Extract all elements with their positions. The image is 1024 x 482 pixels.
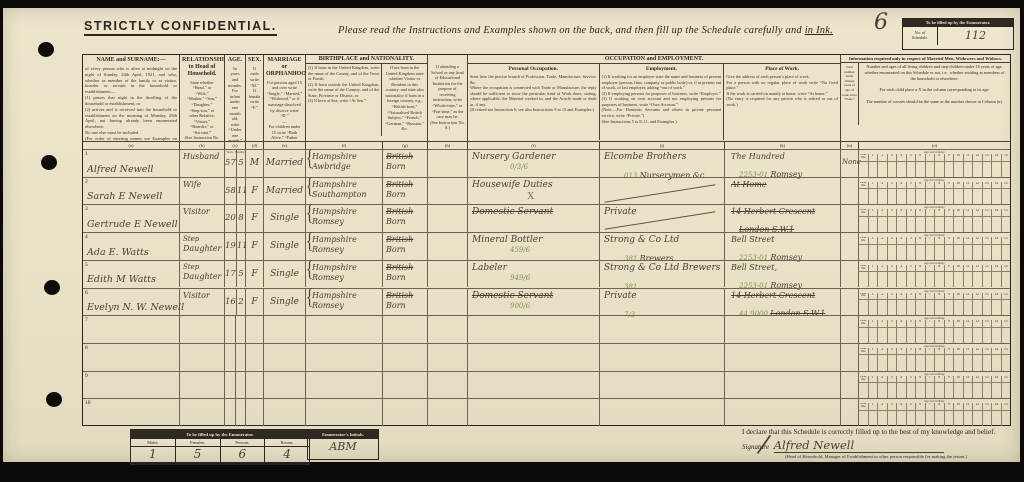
- row-number: 2: [85, 179, 88, 185]
- age-grid-header-cell: 7: [925, 209, 935, 216]
- cell-children-total: None: [841, 150, 859, 177]
- age-grid-cell: [953, 411, 963, 426]
- entry-occupation: Mineral Bottler: [472, 235, 542, 246]
- cell-place-of-work: Bell Street,2253-01 Romsey: [725, 261, 841, 288]
- cell-occupation: Housewife DutiesX: [468, 178, 600, 205]
- age-grid-cell: [868, 162, 878, 177]
- entry-occupation: Domestic Servant: [472, 291, 553, 302]
- age-grid-cell: [953, 189, 963, 204]
- age-grid-cell: [953, 162, 963, 177]
- age-grid-header-cell: 10: [953, 237, 963, 244]
- cell-birthplace: {HampshireRomsey: [306, 233, 383, 260]
- age-grid-header-cell: 9: [944, 265, 954, 272]
- in-ink-underline: in Ink.: [805, 25, 833, 36]
- col-instr-employment: (1) If working for an employer state the…: [602, 74, 722, 124]
- col-instr-relationship: State whether “Head,” or “Wife,” “Mother…: [182, 80, 222, 141]
- enumerator-summary-box: To be filled up by the Enumerator. Males…: [130, 429, 310, 465]
- row-number: 1: [85, 151, 88, 157]
- age-grid-header-cell: 13: [982, 348, 992, 355]
- cell-school: [428, 233, 468, 260]
- age-grid-cell: [963, 245, 973, 260]
- cell-name: 5Edith M Watts: [83, 261, 180, 288]
- age-grid-header-cell: 12: [972, 209, 982, 216]
- cell-nationality: BritishBorn: [383, 205, 428, 232]
- cell-marriage: Single: [264, 205, 306, 232]
- age-grid-header-cell: 6: [915, 320, 925, 327]
- cell-marriage: [264, 316, 306, 343]
- age-grid-header-cell: 4: [896, 237, 906, 244]
- age-grid-header-cell: 1: [868, 154, 878, 161]
- age-grid-header-cell: 8: [934, 182, 944, 189]
- cell-nationality: [383, 316, 428, 343]
- entry-age-months: 5: [237, 150, 245, 177]
- age-grid-header-cell: 6: [915, 209, 925, 216]
- cell-school: [428, 372, 468, 399]
- col-header-place-of-work: Place of Work. Give the address of each …: [724, 64, 840, 140]
- schedule-number-box: To be filled up by the Enumerator. No. o…: [902, 18, 1014, 50]
- age-grid-header-cell: 4: [896, 293, 906, 300]
- cell-children-total: [841, 372, 859, 399]
- age-grid-cell: [859, 300, 868, 315]
- age-grid-cell: [944, 355, 954, 370]
- cell-birthplace: [306, 316, 383, 343]
- cell-occupation: Mineral Bottler459/6: [468, 233, 600, 260]
- age-grid-header-cell: 2: [877, 209, 887, 216]
- entry-nationality: Born: [386, 273, 413, 283]
- entry-birth-county: Hampshire: [312, 152, 357, 162]
- cell-children-total: [841, 178, 859, 205]
- entry-age-months: 8: [237, 205, 245, 232]
- cell-occupation: [468, 344, 600, 371]
- age-grid-cell: [1001, 272, 1011, 287]
- age-grid-header-cell: 7: [925, 376, 935, 383]
- age-grid-cell: [859, 217, 868, 232]
- cell-marriage: [264, 399, 306, 426]
- col-header-personal-occupation: Personal Occupation. State here the prec…: [468, 64, 600, 140]
- summary-header: Rooms.: [265, 439, 309, 447]
- cell-children-age-grid: Age last birthday.Under One1234567891011…: [859, 178, 1010, 205]
- age-grid-header-cell: 10: [953, 182, 963, 189]
- age-grid-header-cell: 13: [982, 182, 992, 189]
- age-grid-cell: [1001, 411, 1011, 426]
- age-grid-cell: [963, 217, 973, 232]
- cell-children-total: [841, 399, 859, 426]
- entry-age-years: 20: [225, 205, 237, 232]
- cell-name: 9: [83, 372, 180, 399]
- entry-nationality: Born: [386, 217, 413, 227]
- age-grid-cell: [991, 411, 1001, 426]
- age-grid-cell: [963, 162, 973, 177]
- col-group-children: Information required only in respect of …: [841, 55, 1010, 141]
- age-grid-cell: [915, 217, 925, 232]
- age-grid-cell: [877, 355, 887, 370]
- age-grid-cell: [934, 189, 944, 204]
- age-grid-cell: [906, 189, 916, 204]
- col-instr-personal-occupation: State here the precise branch of Profess…: [470, 74, 597, 113]
- age-grid-cell: [896, 300, 906, 315]
- age-grid-cell: [944, 272, 954, 287]
- cell-school: [428, 261, 468, 288]
- cell-employment: Strong & Co Ltd Brewers381: [600, 261, 725, 288]
- entry-age-years: 57: [225, 150, 237, 177]
- col-header-age: AGE. In years and months. For infant und…: [225, 55, 246, 141]
- summary-value: 5: [176, 447, 221, 464]
- age-grid-cell: [972, 411, 982, 426]
- age-grid-header-cell: 11: [963, 154, 973, 161]
- age-grid-header-cell: 15: [1001, 237, 1011, 244]
- age-grid-header-cell: 8: [934, 265, 944, 272]
- age-grid-header-cell: 15: [1001, 348, 1011, 355]
- age-grid-header-cell: 5: [906, 348, 916, 355]
- age-grid-cell: [934, 300, 944, 315]
- col-instr-place-of-work: Give the address of each person’s place …: [726, 74, 838, 107]
- entry-place-of-work: The Hundred: [731, 152, 802, 162]
- cell-marriage: [264, 372, 306, 399]
- age-grid-header-cell: 15: [1001, 182, 1011, 189]
- age-grid-header-cell: 13: [982, 154, 992, 161]
- col-group-birthplace: BIRTHPLACE and NATIONALITY. (1) If born …: [306, 55, 428, 141]
- entry-marriage: Single: [264, 269, 305, 279]
- age-grid-cell: [915, 189, 925, 204]
- age-grid-header-cell: 4: [896, 320, 906, 327]
- cell-sex: F: [246, 261, 264, 288]
- age-grid-cell: [1001, 189, 1011, 204]
- age-grid-cell: [868, 272, 878, 287]
- age-grid-header-cell: 11: [963, 209, 973, 216]
- age-grid-cell: [982, 189, 992, 204]
- cell-children-total: [841, 261, 859, 288]
- age-grid-cell: [906, 217, 916, 232]
- cell-place-of-work: Bell Street2253-01 Romsey: [725, 233, 841, 260]
- cell-marriage: Married: [264, 150, 306, 177]
- entry-employment: Strong & Co Ltd Brewers: [604, 263, 720, 274]
- row-number: 9: [85, 373, 88, 379]
- col-title-age: AGE.: [227, 56, 243, 66]
- age-grid-header-cell: 1: [868, 403, 878, 410]
- age-grid-header-cell: 14: [991, 209, 1001, 216]
- col-header-birthplace: (1) If born in the United Kingdom, write…: [306, 64, 382, 136]
- age-grid-header-cell: 11: [963, 293, 973, 300]
- entry-nationality: Born: [386, 190, 413, 200]
- entry-name: Evelyn N. W. Newell: [87, 302, 184, 313]
- entry-birth-town: Romsey: [312, 245, 357, 255]
- age-grid-header-cell: 7: [925, 293, 935, 300]
- row-number: 8: [85, 345, 88, 351]
- entry-birth-town: Southampton: [312, 190, 366, 200]
- age-grid-header-cell: 14: [991, 376, 1001, 383]
- table-row-8: 8Age last birthday.Under One123456789101…: [83, 343, 1010, 371]
- entry-nationality-struck: British: [386, 235, 413, 245]
- age-grid-cell: [906, 272, 916, 287]
- age-grid-cell: [963, 328, 973, 343]
- age-grid-cell: [887, 217, 897, 232]
- age-grid-header-cell: 4: [896, 154, 906, 161]
- punch-hole: [41, 155, 57, 170]
- cell-marriage: Single: [264, 233, 306, 260]
- row-number: 5: [85, 262, 88, 268]
- cell-age: 208: [225, 205, 246, 232]
- cell-birthplace: {HampshireRomsey: [306, 289, 383, 316]
- cell-place-of-work: 14 Herbert Crescent44,9000 London S.W.1: [725, 289, 841, 316]
- row-number: 6: [85, 290, 88, 296]
- age-grid-cell: [972, 245, 982, 260]
- age-grid-cell: [887, 300, 897, 315]
- age-grid-cell: [1001, 245, 1011, 260]
- age-grid-cell: [944, 245, 954, 260]
- age-grid-cell: [925, 328, 935, 343]
- cell-marriage: Married: [264, 178, 306, 205]
- cell-children-age-grid: Age last birthday.Under One1234567891011…: [859, 399, 1010, 426]
- age-grid-header-cell: Under One: [859, 403, 868, 410]
- cell-employment: Elcombe Brothers013 Nurserymen &c.: [600, 150, 725, 177]
- age-grid-header-cell: 5: [906, 182, 916, 189]
- age-grid-header-cell: 5: [906, 154, 916, 161]
- age-grid-cell: [906, 383, 916, 398]
- age-grid-header-cell: 14: [991, 154, 1001, 161]
- age-grid-cell: [953, 355, 963, 370]
- entry-age-years: 19: [225, 233, 237, 260]
- age-grid-cell: [953, 217, 963, 232]
- age-grid-cell: [868, 355, 878, 370]
- col-title-name: NAME and SURNAME:—: [85, 56, 177, 66]
- summary-header: Females.: [176, 439, 221, 447]
- cell-occupation: Domestic Servant900/6: [468, 289, 600, 316]
- age-grid-header-cell: 13: [982, 376, 992, 383]
- age-grid-header-cell: Under One: [859, 348, 868, 355]
- table-row-2: 2Sarah E NewellWife5811FMarried{Hampshir…: [83, 177, 1010, 205]
- cell-relationship: Visitor: [180, 205, 225, 232]
- cell-employment: Strong & Co Ltd381 Brewers: [600, 233, 725, 260]
- cell-birthplace: [306, 399, 383, 426]
- age-grid-header-cell: 8: [934, 403, 944, 410]
- age-grid-header-cell: 2: [877, 154, 887, 161]
- age-grid-cell: [859, 189, 868, 204]
- age-grid-header-cell: 7: [925, 348, 935, 355]
- col-title-personal-occupation: Personal Occupation.: [470, 65, 597, 74]
- age-grid-cell: [906, 328, 916, 343]
- entry-age-months: [236, 399, 246, 426]
- age-grid-cell: [859, 411, 868, 426]
- signature-label: Signature: [742, 443, 769, 451]
- col-header-nationality: If not born in the United Kingdom state …: [382, 64, 427, 136]
- cell-school: [428, 178, 468, 205]
- age-grid-cell: [877, 245, 887, 260]
- age-grid-cell: [877, 272, 887, 287]
- age-grid-header-cell: 15: [1001, 265, 1011, 272]
- age-grid-cell: [982, 300, 992, 315]
- cell-school: [428, 150, 468, 177]
- age-grid-header-cell: 10: [953, 154, 963, 161]
- page-title: STRICTLY CONFIDENTIAL.: [84, 19, 277, 36]
- cell-nationality: [383, 372, 428, 399]
- cell-age: [225, 316, 246, 343]
- age-grid-header-cell: 8: [934, 209, 944, 216]
- age-grid-header-cell: 2: [877, 376, 887, 383]
- table-row-5: 5Edith M WattsStepDaughter175FSingle{Ham…: [83, 260, 1010, 288]
- cell-place-of-work: 14 Herbert CrescentLondon S.W.1: [725, 205, 841, 232]
- age-grid-cell: [877, 328, 887, 343]
- age-grid-header-cell: 15: [1001, 293, 1011, 300]
- entry-sex: F: [246, 269, 263, 279]
- cell-children-total: [841, 233, 859, 260]
- age-grid-header-cell: 12: [972, 237, 982, 244]
- age-grid-header-cell: 10: [953, 209, 963, 216]
- age-grid-cell: [953, 245, 963, 260]
- age-grid-header-cell: 13: [982, 320, 992, 327]
- age-grid-cell: [972, 328, 982, 343]
- age-grid-cell: [963, 411, 973, 426]
- entry-marriage: Single: [264, 297, 305, 307]
- cell-school: [428, 205, 468, 232]
- entry-marriage: Single: [264, 241, 305, 251]
- age-grid-cell: [915, 162, 925, 177]
- age-grid-header-cell: 6: [915, 265, 925, 272]
- age-grid-cell: [896, 355, 906, 370]
- entry-occupation: Domestic Servant: [472, 207, 553, 218]
- cell-employment: [600, 399, 725, 426]
- age-grid-cell: [887, 245, 897, 260]
- age-grid-cell: [991, 328, 1001, 343]
- schedule-number-label: No. of Schedule.: [903, 27, 938, 45]
- age-grid-cell: [887, 189, 897, 204]
- age-grid-cell: [925, 355, 935, 370]
- entry-age-months: [236, 372, 246, 399]
- age-grid-cell: [906, 245, 916, 260]
- age-grid-cell: [915, 355, 925, 370]
- column-letter: (d): [246, 142, 264, 149]
- age-grid-cell: [896, 411, 906, 426]
- age-grid-header-cell: 15: [1001, 376, 1011, 383]
- age-grid-cell: [915, 383, 925, 398]
- cell-nationality: BritishBorn: [383, 150, 428, 177]
- age-grid-cell: [877, 383, 887, 398]
- age-grid-header-cell: 11: [963, 265, 973, 272]
- entry-occupation: Labeler: [472, 263, 530, 274]
- age-grid-header-cell: 11: [963, 403, 973, 410]
- age-grid-cell: [877, 300, 887, 315]
- age-grid-cell: [972, 217, 982, 232]
- age-grid-header-cell: 1: [868, 237, 878, 244]
- cell-employment: [600, 372, 725, 399]
- entry-employment: Strong & Co Ltd: [604, 235, 679, 246]
- age-grid-cell: [953, 383, 963, 398]
- schedule-number-value: 112: [938, 27, 1013, 45]
- age-grid-header-cell: Under One: [859, 320, 868, 327]
- column-letter: (h): [428, 142, 468, 149]
- age-grid-header-cell: 13: [982, 403, 992, 410]
- summary-value: 1: [131, 447, 176, 464]
- col-header-marriage: MARRIAGE or ORPHANHOOD. For persons aged…: [264, 55, 306, 141]
- age-grid-cell: [859, 383, 868, 398]
- age-grid-cell: [991, 300, 1001, 315]
- age-grid-cell: [944, 162, 954, 177]
- entry-age-years: 17: [225, 261, 237, 288]
- age-grid-header-cell: 3: [887, 237, 897, 244]
- age-grid-header-cell: 1: [868, 320, 878, 327]
- age-grid-header-cell: 3: [887, 265, 897, 272]
- age-grid-cell: [877, 217, 887, 232]
- age-grid-cell: [859, 162, 868, 177]
- entry-place-of-work: At Home: [731, 180, 767, 190]
- cell-children-total: [841, 205, 859, 232]
- age-grid-cell: [1001, 383, 1011, 398]
- age-grid-header-cell: Under One: [859, 182, 868, 189]
- age-grid-header-cell: 15: [1001, 320, 1011, 327]
- age-grid-header-cell: 10: [953, 320, 963, 327]
- age-grid-header-cell: 12: [972, 265, 982, 272]
- cell-nationality: [383, 399, 428, 426]
- age-grid-header-cell: 11: [963, 237, 973, 244]
- age-grid-header-cell: 6: [915, 154, 925, 161]
- age-grid-header-cell: 5: [906, 209, 916, 216]
- col-instr-sex: If male write “M.” If female write “F.”: [248, 66, 261, 111]
- age-grid-cell: [953, 328, 963, 343]
- age-grid-cell: [868, 245, 878, 260]
- entry-nationality: Born: [386, 162, 413, 172]
- entry-sex: F: [246, 297, 263, 307]
- age-grid-header-cell: 4: [896, 182, 906, 189]
- cell-sex: F: [246, 205, 264, 232]
- entry-relationship: Husband: [183, 152, 219, 162]
- age-grid-cell: [859, 245, 868, 260]
- col-instr-nationality: If not born in the United Kingdom state …: [384, 65, 425, 132]
- cell-sex: [246, 344, 264, 371]
- age-grid-cell: [896, 189, 906, 204]
- entry-nationality: Born: [386, 245, 413, 255]
- col-instr-name: of every person who is alive at midnight…: [85, 66, 177, 141]
- entry-employment: Private: [604, 291, 637, 302]
- row-number: 10: [85, 400, 91, 406]
- column-letter: (b): [180, 142, 225, 149]
- column-letter: (a): [83, 142, 180, 149]
- cell-marriage: Single: [264, 261, 306, 288]
- age-grid-cell: [991, 217, 1001, 232]
- enumerator-box-headers: Males.Females.Persons.Rooms.: [131, 439, 309, 447]
- cell-children-age-grid: Age last birthday.Under One1234567891011…: [859, 233, 1010, 260]
- age-grid-cell: [953, 272, 963, 287]
- entry-name: Alfred Newell: [87, 164, 153, 175]
- age-grid-header-cell: 12: [972, 348, 982, 355]
- cell-occupation: Labeler949/6: [468, 261, 600, 288]
- age-grid-cell: [934, 162, 944, 177]
- cell-sex: F: [246, 289, 264, 316]
- age-grid-cell: [896, 217, 906, 232]
- signature-note: (Head of Household, Manager of Establish…: [742, 454, 1010, 459]
- entry-relationship: Visitor: [183, 291, 210, 301]
- entry-birth-town: Romsey: [312, 273, 357, 283]
- cell-name: 1Alfred Newell: [83, 150, 180, 177]
- cell-marriage: Single: [264, 289, 306, 316]
- age-grid-header-cell: 3: [887, 182, 897, 189]
- age-grid-header-cell: 11: [963, 320, 973, 327]
- enumerator-box-values: 1564: [131, 447, 309, 464]
- row-number: 7: [85, 317, 88, 323]
- cell-occupation: [468, 372, 600, 399]
- summary-value: 4: [265, 447, 309, 464]
- entry-age-years: [225, 316, 236, 343]
- coder-mark-occupation: 459/6: [510, 246, 542, 255]
- col-title-marriage: MARRIAGE or ORPHANHOOD.: [266, 56, 303, 80]
- age-grid-cell: [982, 245, 992, 260]
- col-header-children-total: Total number under sixteen years of age.…: [841, 63, 859, 125]
- age-grid-header-cell: 14: [991, 320, 1001, 327]
- age-grid-cell: [915, 300, 925, 315]
- age-grid-header-cell: 11: [963, 348, 973, 355]
- age-grid-cell: [934, 217, 944, 232]
- age-grid-cell: [944, 411, 954, 426]
- declaration-text: I declare that this Schedule is correctl…: [742, 428, 1010, 436]
- age-grid-header-cell: 12: [972, 293, 982, 300]
